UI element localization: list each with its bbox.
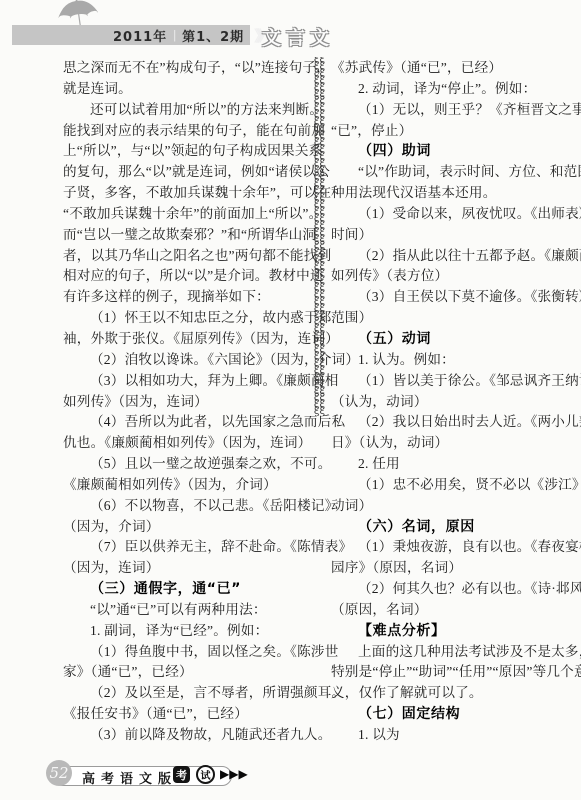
text-line: 2. 任用 [331, 454, 567, 475]
text-line: 《报任安书》（通“已”，已经） [63, 704, 299, 725]
shi-badge: 试 [196, 765, 215, 784]
text-line: 义，仅作了解就可以了。 [331, 683, 567, 704]
text-line: 1. 以为 [331, 725, 567, 746]
text-line: 思之深而无不在”构成句子，“以”连接句子， [63, 58, 299, 79]
left-column: 思之深而无不在”构成句子，“以”连接句子，就是连词。还可以试着用加“所以”的方法… [63, 58, 299, 746]
text-line: 能找到对应的表示结果的句子，能在句前加 [63, 121, 299, 142]
text-line: （3）以相如功大，拜为上卿。《廉颇蔺相 [63, 371, 299, 392]
text-line: 时间） [331, 225, 567, 246]
text-line: 相对应的句子，所以“以”是介词。教材中还 [63, 266, 299, 287]
text-line: （原因，名词） [331, 600, 567, 621]
text-line: （因为，介词） [63, 517, 299, 538]
text-line: （2）我以日始出时去人近。《两小儿辩 [331, 412, 567, 433]
text-line: （1）得鱼腹中书，固以怪之矣。《陈涉世 [63, 642, 299, 663]
text-line: “不敢加兵谋魏十余年”的前面加上“所以”。 [63, 204, 299, 225]
text-line: 仇也。《廉颇蔺相如列传》（因为，连词） [63, 433, 299, 454]
text-line: 者，以其乃华山之阳名之也”两句都不能找到 [63, 246, 299, 267]
text-line: 园序》（原因，名词） [331, 558, 567, 579]
header-separator: | [173, 27, 176, 43]
text-line: 袖，外欺于张仪。《屈原列传》（因为，连词） [63, 329, 299, 350]
text-line: 有许多这样的例子，现摘举如下： [63, 287, 299, 308]
footer-brand-label: 高考语文版 [82, 768, 177, 787]
header-bar: 2011年 | 第1、2期 》》》 [12, 25, 250, 45]
text-line: （2）何其久也？必有以也。《诗·邶风》 [331, 579, 567, 600]
text-line: 2. 动词，译为“停止”。例如： [331, 79, 567, 100]
text-line: 日》（认为，动词） [331, 433, 567, 454]
text-line: 的复句，那么“以”就是连词，例如“诸侯以公 [63, 162, 299, 183]
text-line: （6）不以物喜，不以己悲。《岳阳楼记》 [63, 496, 299, 517]
header-year-label: 2011年 [113, 26, 167, 45]
text-line: （5）且以一璧之故逆强秦之欢，不可。 [63, 454, 299, 475]
text-line: （四）助词 [331, 141, 567, 162]
text-line: 家》（通“已”，已经） [63, 662, 299, 683]
text-line: （7）臣以供养无主，辞不赴命。《陈情表》 [63, 537, 299, 558]
text-line: （3）前以降及物故，凡随武还者九人。 [63, 725, 299, 746]
text-line: （1）忠不必用矣，贤不必以《涉江》（任用， [331, 475, 567, 496]
text-line: “以”作助词，表示时间、方位、和范围，这 [331, 162, 567, 183]
arrows-icon: ▶▶▶ [220, 767, 248, 782]
text-line: （1）皆以美于徐公。《邹忌讽齐王纳谏》 [331, 371, 567, 392]
text-line: 《廉颇蔺相如列传》（因为，介词） [63, 475, 299, 496]
text-line: （2）指从此以往十五都予赵。《廉颇蔺相 [331, 246, 567, 267]
text-line: （2）及以至是，言不辱者，所谓强颜耳。 [63, 683, 299, 704]
text-line: （六）名词，原因 [331, 517, 567, 538]
text-line: 《苏武传》（通“已”，已经） [331, 58, 567, 79]
page-number-badge: 52 [46, 760, 72, 786]
kao-badge: 考 [173, 766, 190, 783]
text-line: 1. 认为。例如： [331, 350, 567, 371]
text-line: （五）动词 [331, 329, 567, 350]
text-line: 如列传》（表方位） [331, 266, 567, 287]
text-line: 上面的这几种用法考试涉及不是太多， [331, 642, 567, 663]
text-line: 动词） [331, 496, 567, 517]
text-line: 还可以试着用加“所以”的方法来判断。 [63, 100, 299, 121]
text-line: 特别是“停止”“助词”“任用”“原因”等几个意 [331, 662, 567, 683]
text-line: 1. 副词，译为“已经”。例如： [63, 621, 299, 642]
text-line: 而“岂以一璧之故欺秦邪？”和“所谓华山洞 [63, 225, 299, 246]
text-line: （1）怀王以不知忠臣之分，故内惑于郑 [63, 308, 299, 329]
section-title: 文言文 [262, 23, 334, 50]
text-line: 种用法现代汉语基本还用。 [331, 183, 567, 204]
right-column: 《苏武传》（通“已”，已经）2. 动词，译为“停止”。例如：（1）无以，则王乎？… [331, 58, 567, 746]
text-line: 就是连词。 [63, 79, 299, 100]
text-line: （1）受命以来，夙夜忧叹。《出师表》（表 [331, 204, 567, 225]
text-line: （1）秉烛夜游，良有以也。《春夜宴桃李 [331, 537, 567, 558]
text-line: “以”通“已”可以有两种用法： [63, 600, 299, 621]
page: { "header": { "year": "2011年", "separato… [0, 0, 581, 800]
text-line: （三）通假字，通“已” [63, 579, 299, 600]
text-line: （认为，动词） [331, 392, 567, 413]
text-line: （2）洎牧以谗诛。《六国论》（因为，介词） [63, 350, 299, 371]
text-line: 上“所以”，与“以”领起的句子构成因果关系 [63, 141, 299, 162]
header-issue-label: 第1、2期 [182, 26, 244, 45]
text-line: （4）吾所以为此者，以先国家之急而后私 [63, 412, 299, 433]
text-line: （七）固定结构 [331, 704, 567, 725]
text-line: 范围） [331, 308, 567, 329]
text-line: “已”，停止） [331, 121, 567, 142]
text-line: （因为，连词） [63, 558, 299, 579]
text-line: 【难点分析】 [331, 621, 567, 642]
column-divider: ξξξξξξξξξξξξξξξξξξξξξξξξξξξξξξξξξξξξξξξξ… [313, 57, 326, 773]
text-line: （3）自王侯以下莫不逾侈。《张衡转》（表 [331, 287, 567, 308]
text-line: 如列传》（因为，连词） [63, 392, 299, 413]
footer: 52 高考语文版 考 试 ▶▶▶ [40, 754, 300, 796]
text-line: （1）无以，则王乎？《齐桓晋文之事》（通 [331, 100, 567, 121]
text-line: 子贤，多客，不敢加兵谋魏十余年”，可以在 [63, 183, 299, 204]
